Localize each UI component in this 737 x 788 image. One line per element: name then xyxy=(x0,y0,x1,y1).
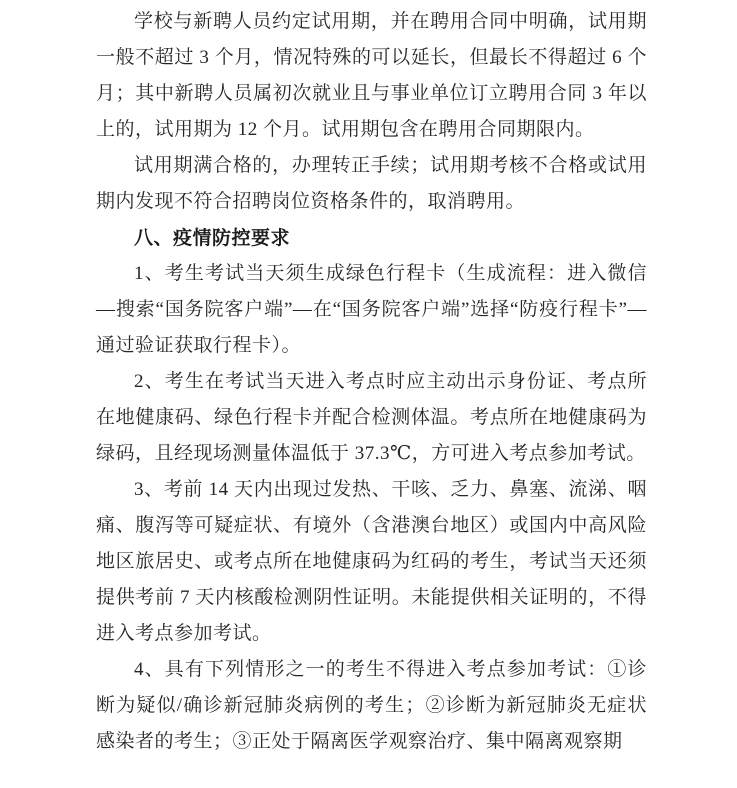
paragraph-item-1-travel-card: 1、考生考试当天须生成绿色行程卡（生成流程：进入微信—搜索“国务院客户端”—在“… xyxy=(96,256,647,364)
paragraph-probation-terms: 学校与新聘人员约定试用期，并在聘用合同中明确，试用期一般不超过 3 个月，情况特… xyxy=(96,4,647,148)
document-page: 学校与新聘人员约定试用期，并在聘用合同中明确，试用期一般不超过 3 个月，情况特… xyxy=(0,0,737,788)
paragraph-item-2-entry-check: 2、考生在考试当天进入考点时应主动出示身份证、考点所在地健康码、绿色行程卡并配合… xyxy=(96,364,647,472)
paragraph-item-4-prohibited-cases: 4、具有下列情形之一的考生不得进入考点参加考试：①诊断为疑似/确诊新冠肺炎病例的… xyxy=(96,652,647,760)
paragraph-item-3-symptoms-nucleic-test: 3、考前 14 天内出现过发热、干咳、乏力、鼻塞、流涕、咽痛、腹泻等可疑症状、有… xyxy=(96,472,647,652)
section-heading-epidemic-prevention: 八、疫情防控要求 xyxy=(96,220,647,256)
paragraph-probation-result: 试用期满合格的，办理转正手续；试用期考核不合格或试用期内发现不符合招聘岗位资格条… xyxy=(96,148,647,220)
